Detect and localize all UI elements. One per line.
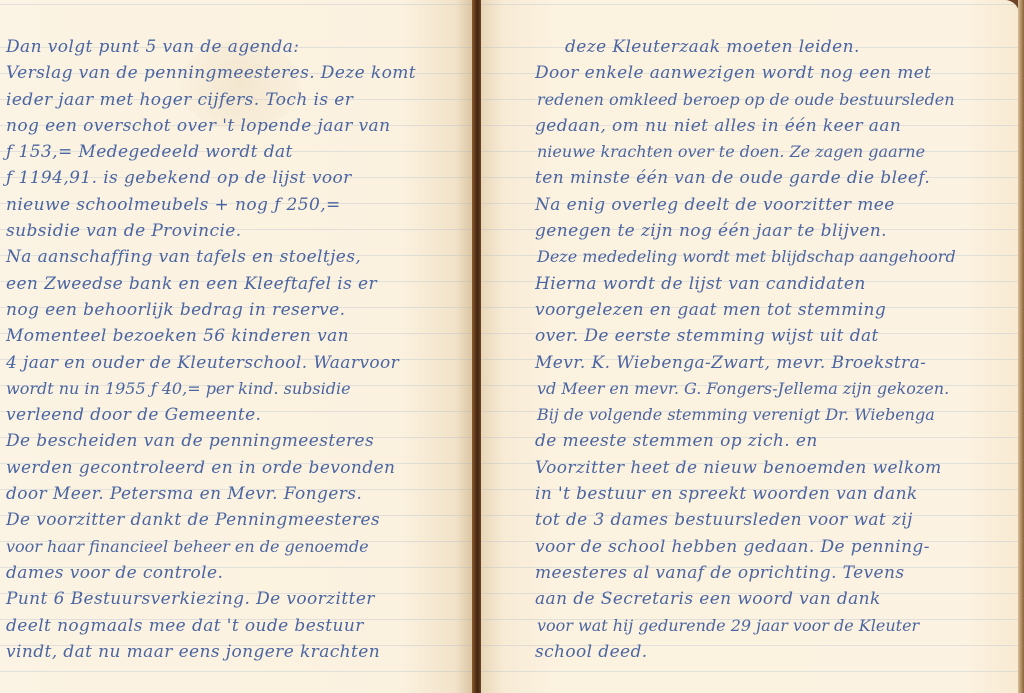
handwritten-line: subsidie van de Provincie. (0, 218, 474, 244)
handwritten-line: over. De eerste stemming wijst uit dat (481, 323, 1019, 349)
handwritten-line: Voorzitter heet de nieuw benoemden welko… (481, 455, 1019, 481)
handwritten-line: school deed. (481, 639, 1019, 665)
handwritten-line: Na aanschaffing van tafels en stoeltjes, (0, 244, 474, 270)
handwritten-line: Mevr. K. Wiebenga-Zwart, mevr. Broekstra… (481, 350, 1019, 376)
handwritten-line: genegen te zijn nog één jaar te blijven. (481, 218, 1019, 244)
handwritten-line: nog een behoorlijk bedrag in reserve. (0, 297, 474, 323)
handwritten-line: 4 jaar en ouder de Kleuterschool. Waarvo… (0, 350, 474, 376)
handwritten-line: voor de school hebben gedaan. De penning… (481, 534, 1019, 560)
handwritten-line: in 't bestuur en spreekt woorden van dan… (481, 481, 1019, 507)
handwritten-line: ƒ 153,= Medegedeeld wordt dat (0, 139, 474, 165)
handwritten-line: De bescheiden van de penningmeesteres (0, 428, 474, 454)
handwritten-line: ieder jaar met hoger cijfers. Toch is er (0, 87, 474, 113)
handwritten-line: nieuwe krachten over te doen. Ze zagen g… (481, 139, 1019, 165)
handwritten-line: nog een overschot over 't lopende jaar v… (0, 113, 474, 139)
handwritten-line: Punt 6 Bestuursverkiezing. De voorzitter (0, 586, 474, 612)
handwritten-line: Door enkele aanwezigen wordt nog een met (481, 60, 1019, 86)
handwritten-line: werden gecontroleerd en in orde bevonden (0, 455, 474, 481)
notebook-spread: Dan volgt punt 5 van de agenda: Verslag … (0, 0, 1024, 693)
handwritten-line: de meeste stemmen op zich. en (481, 428, 1019, 454)
handwritten-line: voor haar financieel beheer en de genoem… (0, 534, 474, 560)
handwritten-line: Momenteel bezoeken 56 kinderen van (0, 323, 474, 349)
handwritten-line: Hierna wordt de lijst van candidaten (481, 271, 1019, 297)
handwritten-line: Bij de volgende stemming verenigt Dr. Wi… (481, 402, 1019, 428)
handwritten-line: nieuwe schoolmeubels + nog ƒ 250,= (0, 192, 474, 218)
left-page: Dan volgt punt 5 van de agenda: Verslag … (0, 0, 474, 693)
handwritten-line: Verslag van de penningmeesteres. Deze ko… (0, 60, 474, 86)
left-page-text: Dan volgt punt 5 van de agenda: Verslag … (0, 34, 474, 665)
handwritten-line: gedaan, om nu niet alles in één keer aan (481, 113, 1019, 139)
handwritten-line: ƒ 1194,91. is gebekend op de lijst voor (0, 165, 474, 191)
handwritten-line: door Meer. Petersma en Mevr. Fongers. (0, 481, 474, 507)
handwritten-line: tot de 3 dames bestuursleden voor wat zi… (481, 507, 1019, 533)
handwritten-line: aan de Secretaris een woord van dank (481, 586, 1019, 612)
handwritten-line: dames voor de controle. (0, 560, 474, 586)
handwritten-line: vd Meer en mevr. G. Fongers-Jellema zijn… (481, 376, 1019, 402)
handwritten-line: De voorzitter dankt de Penningmeesteres (0, 507, 474, 533)
handwritten-line: voor wat hij gedurende 29 jaar voor de K… (481, 613, 1019, 639)
handwritten-line: Deze mededeling wordt met blijdschap aan… (481, 244, 1019, 270)
handwritten-line: Dan volgt punt 5 van de agenda: (0, 34, 474, 60)
handwritten-line: deze Kleuterzaak moeten leiden. (481, 34, 1019, 60)
handwritten-line: deelt nogmaals mee dat 't oude bestuur (0, 613, 474, 639)
right-page: deze Kleuterzaak moeten leiden. Door enk… (481, 0, 1019, 693)
handwritten-line: verleend door de Gemeente. (0, 402, 474, 428)
handwritten-line: redenen omkleed beroep op de oude bestuu… (481, 87, 1019, 113)
handwritten-line: voorgelezen en gaat men tot stemming (481, 297, 1019, 323)
right-page-text: deze Kleuterzaak moeten leiden. Door enk… (481, 34, 1019, 665)
page-edge (1018, 0, 1024, 693)
handwritten-line: ten minste één van de oude garde die ble… (481, 165, 1019, 191)
handwritten-line: Na enig overleg deelt de voorzitter mee (481, 192, 1019, 218)
handwritten-line: een Zweedse bank en een Kleeftafel is er (0, 271, 474, 297)
handwritten-line: vindt, dat nu maar eens jongere krachten (0, 639, 474, 665)
handwritten-line: meesteres al vanaf de oprichting. Tevens (481, 560, 1019, 586)
handwritten-line: wordt nu in 1955 ƒ 40,= per kind. subsid… (0, 376, 474, 402)
